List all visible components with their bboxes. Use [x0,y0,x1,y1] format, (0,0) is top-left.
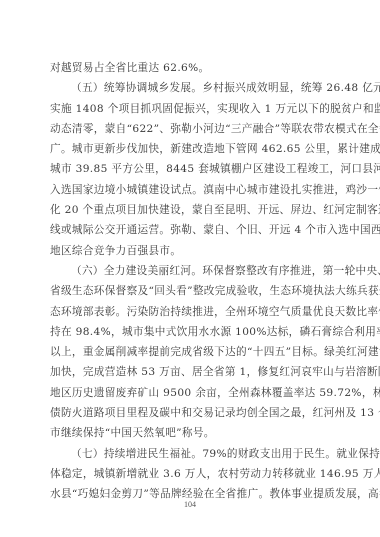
text-line: 动态清零，蒙自“622”、弥勒小河边“三产融合”等联农带农模式在全省推 [50,119,329,139]
text-line: 债防火道路项目里程及碳中和交易记录均创全国之最，红河州及 13 个县 [50,403,329,423]
text-line: 以上，重金属削减率提前完成省级下达的“十四五”目标。绿美红河建设 [50,342,329,362]
text-line: 化 20 个重点项目加快建设，蒙自至昆明、开远、屏边、红河定制客运专 [50,200,329,220]
page-number: 104 [0,500,380,509]
text-line: 对越贸易占全省比重达 62.6%。 [50,58,329,78]
document-page: 对越贸易占全省比重达 62.6%。 （五）统筹协调城乡发展。乡村振兴成效明显，统… [0,0,380,537]
body-text: 对越贸易占全省比重达 62.6%。 （五）统筹协调城乡发展。乡村振兴成效明显，统… [50,58,329,505]
text-line: 体稳定，城镇新增就业 3.6 万人，农村劳动力转移就业 146.95 万人，建 [50,464,329,484]
text-line: 线或城际公交开通运营。弥勒、蒙自、个旧、开远 4 个市入选中国西部 [50,220,329,240]
text-line: （六）全力建设美丽红河。环保督察整改有序推进，第一轮中央、 [50,261,329,281]
text-line: 态环境部表彰。污染防治持续推进，全州环境空气质量优良天数比率保 [50,302,329,322]
text-line: （七）持续增进民生福祉。79%的财政支出用于民生。就业保持总 [50,444,329,464]
text-line: 省级生态环保督察及“回头看”整改完成验收，生态环境执法大练兵获生 [50,281,329,301]
text-line: 地区综合竞争力百强县市。 [50,241,329,261]
text-line: （五）统筹协调城乡发展。乡村振兴成效明显，统筹 26.48 亿元、 [50,78,329,98]
text-line: 加快，完成营造林 53 万亩、居全省第 1，修复红河哀牢山与岩溶断陷盆 [50,362,329,382]
text-line: 广。城市更新步伐加快，新建改造地下管网 462.65 公里，累计建成海绵 [50,139,329,159]
text-line: 持在 98.4%，城市集中式饮用水水源 100%达标，磷石膏综合利用率达 75% [50,322,329,342]
text-line: 城市 39.85 平方公里，8445 套城镇棚户区建设工程竣工，河口县河口镇 [50,159,329,179]
text-line: 入选国家边境小城镇建设试点。滇南中心城市建设扎实推进，鸡沙一体 [50,180,329,200]
text-line: 地区历史遗留废弃矿山 9500 余亩，全州森林覆盖率达 59.72%，林草国 [50,383,329,403]
text-line: 市继续保持“中国天然氧吧”称号。 [50,423,329,443]
text-line: 实施 1408 个项目抓巩固促振兴，实现收入 1 万元以下的脱贫户和监测户 [50,99,329,119]
